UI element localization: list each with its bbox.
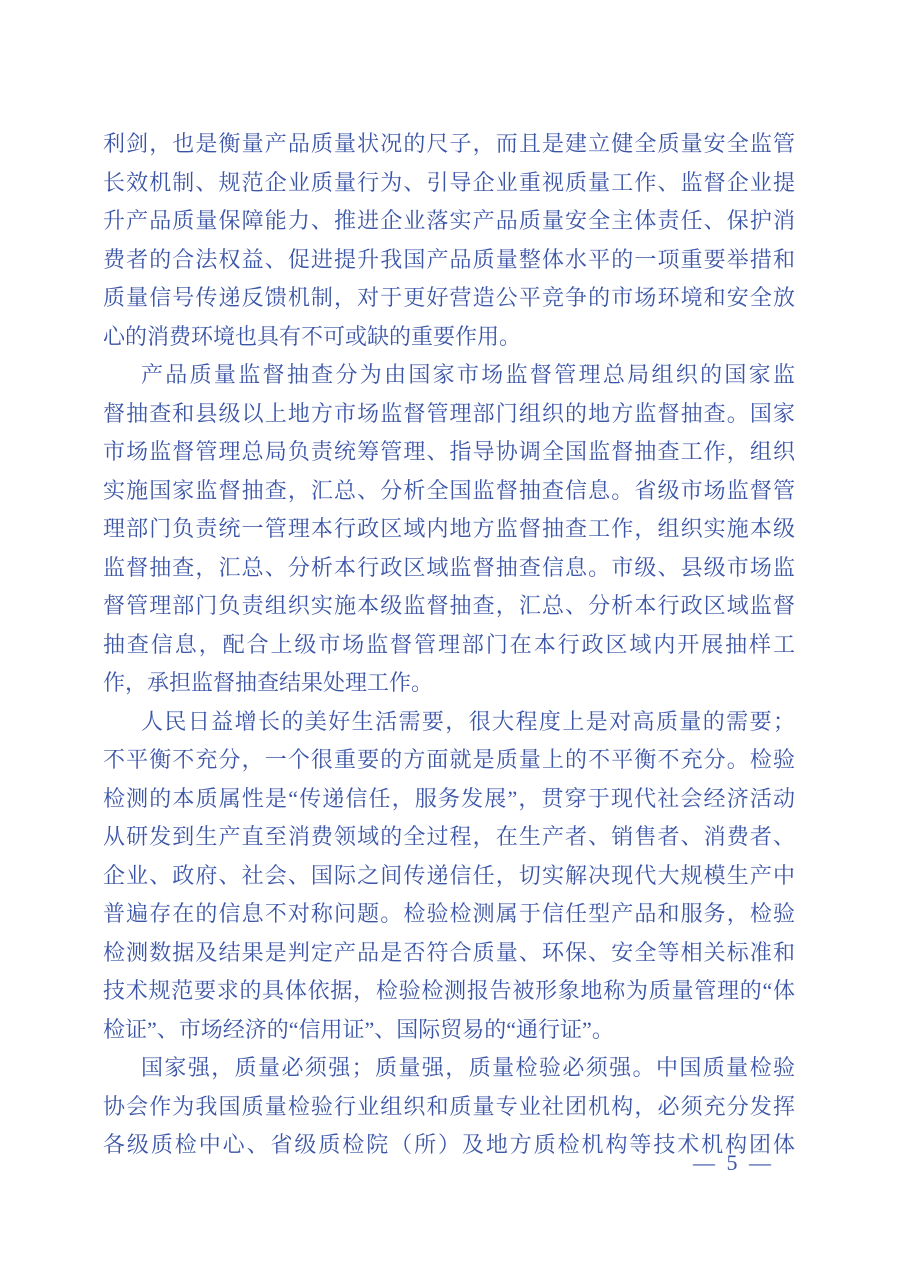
paragraph: 国家强，质量必须强；质量强，质量检验必须强。中国质量检验协会作为我国质量检验行业…	[103, 1049, 795, 1165]
text-line: 企业、政府、社会、国际之间传递信任，切实解决现代大规模生产中	[103, 857, 795, 896]
document-page: 利剑，也是衡量产品质量状况的尺子，而且是建立健全质量安全监管长效机制、规范企业质…	[0, 0, 900, 1273]
text-line: 检证”、市场经济的“信用证”、国际贸易的“通行证”。	[103, 1011, 795, 1050]
text-line: 各级质检中心、省级质检院（所）及地方质检机构等技术机构团体	[103, 1126, 795, 1165]
text-line: 监督抽查，汇总、分析本行政区域监督抽查信息。市级、县级市场监	[103, 549, 795, 588]
text-line: 抽查信息，配合上级市场监督管理部门在本行政区域内开展抽样工	[103, 626, 795, 665]
text-line: 国家强，质量必须强；质量强，质量检验必须强。中国质量检验	[103, 1049, 795, 1088]
text-line: 质量信号传递反馈机制，对于更好营造公平竞争的市场环境和安全放	[103, 279, 795, 318]
text-line: 利剑，也是衡量产品质量状况的尺子，而且是建立健全质量安全监管	[103, 125, 795, 164]
paragraph: 人民日益增长的美好生活需要，很大程度上是对高质量的需要；不平衡不充分，一个很重要…	[103, 703, 795, 1050]
text-line: 督抽查和县级以上地方市场监督管理部门组织的地方监督抽查。国家	[103, 395, 795, 434]
document-body: 利剑，也是衡量产品质量状况的尺子，而且是建立健全质量安全监管长效机制、规范企业质…	[103, 125, 795, 1165]
text-line: 理部门负责统一管理本行政区域内地方监督抽查工作，组织实施本级	[103, 510, 795, 549]
text-line: 协会作为我国质量检验行业组织和质量专业社团机构，必须充分发挥	[103, 1088, 795, 1127]
text-line: 从研发到生产直至消费领域的全过程，在生产者、销售者、消费者、	[103, 818, 795, 857]
text-line: 升产品质量保障能力、推进企业落实产品质量安全主体责任、保护消	[103, 202, 795, 241]
text-line: 普遍存在的信息不对称问题。检验检测属于信任型产品和服务，检验	[103, 895, 795, 934]
text-line: 人民日益增长的美好生活需要，很大程度上是对高质量的需要；	[103, 703, 795, 742]
text-line: 费者的合法权益、促进提升我国产品质量整体水平的一项重要举措和	[103, 241, 795, 280]
text-line: 作，承担监督抽查结果处理工作。	[103, 664, 795, 703]
text-line: 心的消费环境也具有不可或缺的重要作用。	[103, 318, 795, 357]
text-line: 检测的本质属性是“传递信任，服务发展”，贯穿于现代社会经济活动	[103, 780, 795, 819]
text-line: 实施国家监督抽查，汇总、分析全国监督抽查信息。省级市场监督管	[103, 472, 795, 511]
text-line: 产品质量监督抽查分为由国家市场监督管理总局组织的国家监	[103, 356, 795, 395]
text-line: 检测数据及结果是判定产品是否符合质量、环保、安全等相关标准和	[103, 934, 795, 973]
text-line: 市场监督管理总局负责统筹管理、指导协调全国监督抽查工作，组织	[103, 433, 795, 472]
text-line: 技术规范要求的具体依据，检验检测报告被形象地称为质量管理的“体	[103, 972, 795, 1011]
paragraph: 产品质量监督抽查分为由国家市场监督管理总局组织的国家监督抽查和县级以上地方市场监…	[103, 356, 795, 703]
text-line: 长效机制、规范企业质量行为、引导企业重视质量工作、监督企业提	[103, 164, 795, 203]
paragraph: 利剑，也是衡量产品质量状况的尺子，而且是建立健全质量安全监管长效机制、规范企业质…	[103, 125, 795, 356]
page-number: — 5 —	[693, 1148, 774, 1178]
text-line: 不平衡不充分，一个很重要的方面就是质量上的不平衡不充分。检验	[103, 741, 795, 780]
text-line: 督管理部门负责组织实施本级监督抽查，汇总、分析本行政区域监督	[103, 587, 795, 626]
